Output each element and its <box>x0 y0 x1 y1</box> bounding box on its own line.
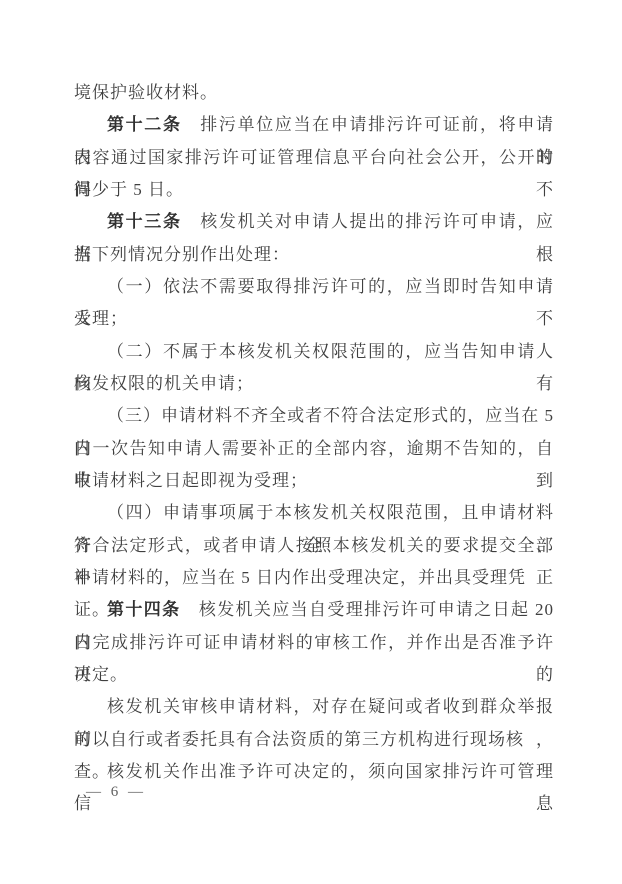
text-segment: 受理； <box>74 309 128 328</box>
text-line: 内完成排污许可证申请材料的审核工作，并作出是否准予许可的 <box>74 627 554 659</box>
document-text: 境保护验收材料。第十二条 排污单位应当在申请排污许可证前，将申请表的内容通过国家… <box>74 77 554 788</box>
article-heading: 第十四条 <box>107 600 180 619</box>
text-line: 核发机关审核申请材料，对存在疑问或者收到群众举报的， <box>74 691 554 723</box>
text-line: （一）依法不需要取得排污许可的，应当即时告知申请人不 <box>74 271 554 303</box>
text-line: 内一次告知申请人需要补正的全部内容，逾期不告知的，自收到 <box>74 433 554 465</box>
text-segment: 境保护验收材料。 <box>74 83 218 102</box>
text-line: 申请材料的，应当在 5 日内作出受理决定，并出具受理凭证。 <box>74 562 554 594</box>
text-line: 境保护验收材料。 <box>74 77 554 109</box>
text-segment: 申请材料之日起即视为受理； <box>74 471 308 490</box>
text-line: （三）申请材料不齐全或者不符合法定形式的，应当在 5 日 <box>74 400 554 432</box>
text-line: 可以自行或者委托具有合法资质的第三方机构进行现场核查。 <box>74 724 554 756</box>
text-segment: 得少于 5 日。 <box>74 180 184 199</box>
text-line: 第十二条 排污单位应当在申请排污许可证前，将申请表的 <box>74 109 554 141</box>
document-page: 境保护验收材料。第十二条 排污单位应当在申请排污许可证前，将申请表的内容通过国家… <box>0 0 622 884</box>
text-line: 内容通过国家排污许可证管理信息平台向社会公开，公开时间不 <box>74 142 554 174</box>
text-segment: 核发机关作出准予许可决定的，须向国家排污许可管理信息 <box>74 762 554 813</box>
page-number: — 6 — <box>86 780 146 804</box>
text-line: 符合法定形式，或者申请人按照本核发机关的要求提交全部补正 <box>74 530 554 562</box>
text-line: （四）申请事项属于本核发机关权限范围，且申请材料齐全、 <box>74 497 554 529</box>
text-line: 核发机关作出准予许可决定的，须向国家排污许可管理信息 <box>74 756 554 788</box>
text-segment: 核发权限的机关申请； <box>74 374 254 393</box>
article-heading: 第十二条 <box>107 115 182 134</box>
article-heading: 第十三条 <box>107 212 182 231</box>
text-segment: （一）依法不需要取得排污许可的，应当即时告知申请人不 <box>74 277 554 328</box>
text-segment: 据下列情况分别作出处理： <box>74 245 290 264</box>
text-line: 第十四条 核发机关应当自受理排污许可申请之日起 20 日 <box>74 594 554 626</box>
text-line: （二）不属于本核发机关权限范围的，应当告知申请人向有 <box>74 336 554 368</box>
text-line: 第十三条 核发机关对申请人提出的排污许可申请，应当根 <box>74 206 554 238</box>
text-segment: 决定。 <box>74 665 128 684</box>
text-segment: 内完成排污许可证申请材料的审核工作，并作出是否准予许可的 <box>74 633 554 684</box>
